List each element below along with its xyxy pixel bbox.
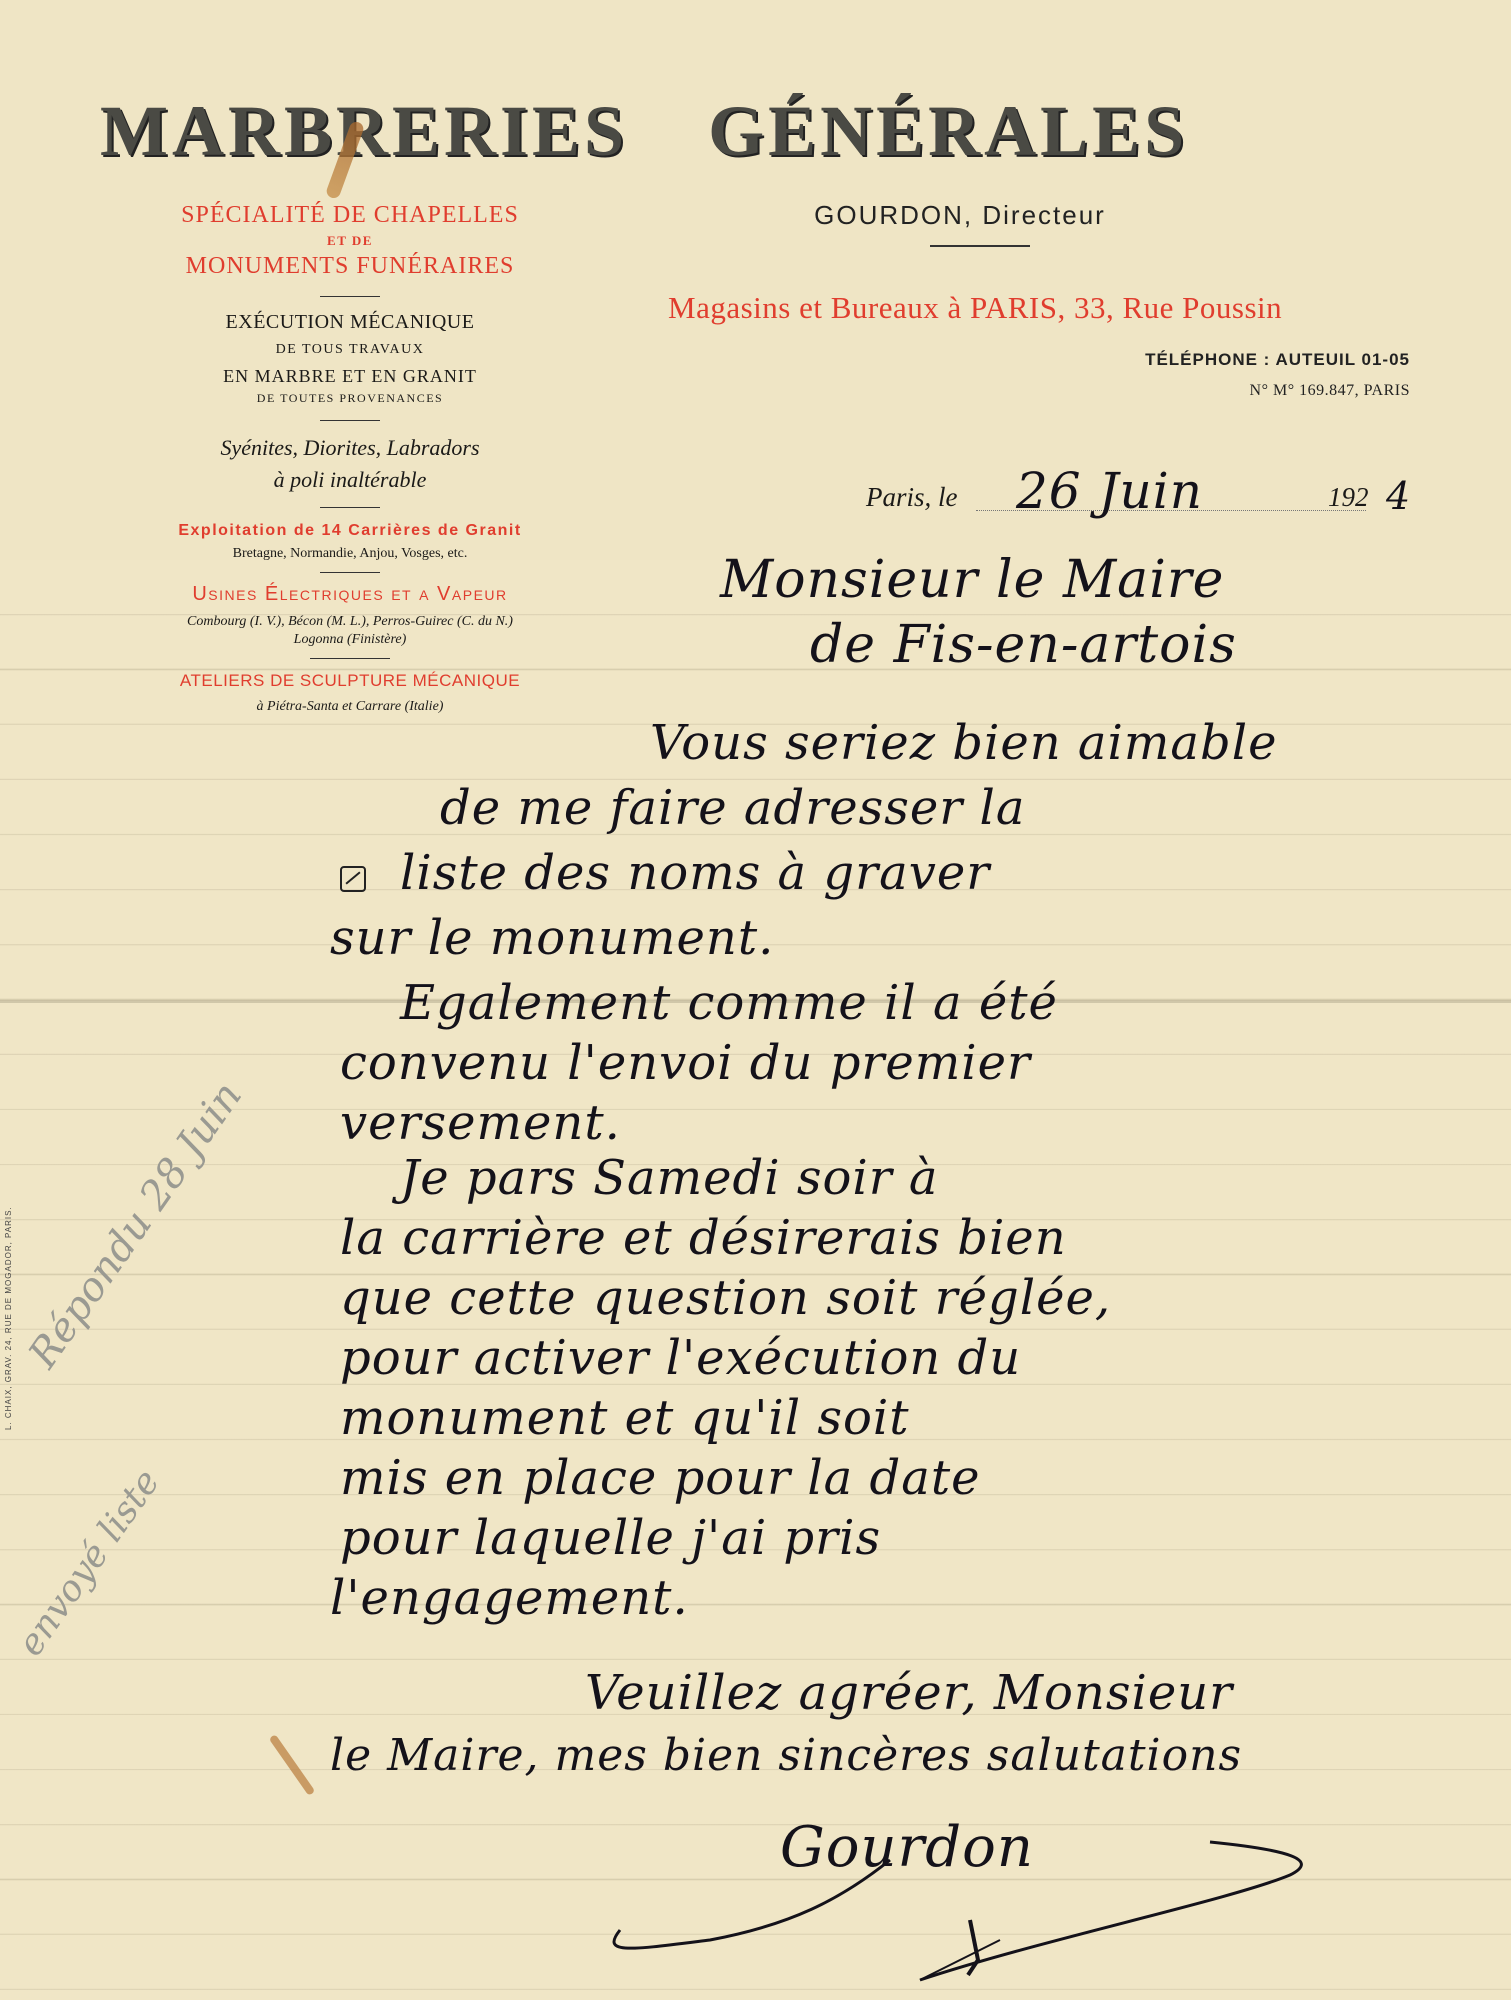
specialty-line-1: SPÉCIALITÉ DE CHAPELLES [100,202,600,229]
factories-locations-2: Logonna (Finistère) [100,632,600,648]
handwritten-year-digit: 4 [1386,474,1411,518]
company-masthead: MARBRERIES GÉNÉRALES [100,90,1420,173]
company-name-part-1: MARBRERIES [100,90,628,173]
quarries-heading: Exploitation de 14 Carrières de Granit [100,522,600,540]
ornament-divider [930,245,1030,247]
salutation-line-2: de Fis-en-artois [810,615,1237,675]
body-line: mis en place pour la date [340,1450,981,1506]
execution-line-2: DE TOUS TRAVAUX [100,342,600,358]
director-line: GOURDON, Directeur [640,200,1280,231]
execution-line-3: EN MARBRE ET EN GRANIT [100,366,600,387]
body-line: Egalement comme il a été [400,975,1058,1031]
handwritten-date: 26 Juin [1016,462,1203,520]
execution-line-1: EXÉCUTION MÉCANIQUE [100,311,600,334]
execution-line-4: DE TOUTES PROVENANCES [100,391,600,406]
stones-line-1: Syénites, Diorites, Labradors [100,435,600,461]
specialty-line-3: MONUMENTS FUNÉRAIRES [100,253,600,280]
body-line: pour laquelle j'ai pris [340,1510,881,1566]
closing-line-1: Veuillez agréer, Monsieur [585,1665,1233,1721]
printer-imprint: L. CHAIX, GRAV. 24, RUE DE MOGADOR, PARI… [4,1206,13,1430]
company-name-part-2: GÉNÉRALES [708,90,1188,173]
body-line: pour activer l'exécution du [340,1330,1021,1386]
body-line: de me faire adresser la [440,780,1025,836]
divider [320,572,380,573]
stones-line-2: à poli inaltérable [100,467,600,493]
pencil-note-list-sent: envoyé liste [10,1462,168,1663]
salutation-line-1: Monsieur le Maire [720,550,1224,610]
workshops-heading: ATELIERS DE SCULPTURE MÉCANIQUE [100,671,600,691]
body-line: liste des noms à graver [400,845,990,901]
closing-line-2: le Maire, mes bien sincères salutations [330,1730,1242,1781]
ornament-divider [310,658,390,659]
body-line: Je pars Samedi soir à [400,1150,939,1206]
quarries-regions: Bretagne, Normandie, Anjou, Vosges, etc. [100,546,600,562]
factories-heading: Usines Électriques et a Vapeur [100,583,600,606]
signature: Gourdon [590,1780,1330,1990]
divider [320,507,380,508]
printed-year: 192 [1328,482,1369,513]
body-line: sur le monument. [330,910,774,966]
ornament-divider [320,296,380,297]
signature-flourish-icon [590,1780,1330,1990]
factories-locations-1: Combourg (I. V.), Bécon (M. L.), Perros-… [100,614,600,630]
telephone-number: TÉLÉPHONE : AUTEUIL 01-05 [1145,350,1410,370]
workshops-location: à Piétra-Santa et Carrare (Italie) [100,699,600,715]
ornament-divider [320,420,380,421]
body-line: la carrière et désirerais bien [340,1210,1067,1266]
letterhead-left-column: SPÉCIALITÉ DE CHAPELLES ET DE MONUMENTS … [100,200,600,715]
letterhead-right-column: GOURDON, Directeur Magasins et Bureaux à… [640,200,1430,247]
specialty-line-2: ET DE [100,233,600,249]
registration-number: N° M° 169.847, PARIS [1250,382,1410,400]
body-line: l'engagement. [330,1570,689,1626]
date-place-prefix: Paris, le [866,482,958,513]
body-line: versement. [340,1095,621,1151]
body-line: monument et qu'il soit [340,1390,910,1446]
body-line: convenu l'envoi du premier [340,1035,1031,1091]
signature-name: Gourdon [780,1815,1034,1880]
date-line: Paris, le 26 Juin 192 4 [866,470,1446,520]
body-line: que cette question soit réglée, [340,1270,1111,1326]
union-label-icon [340,866,366,892]
rust-stain [269,1734,316,1796]
business-address: Magasins et Bureaux à PARIS, 33, Rue Pou… [668,290,1438,326]
body-line: Vous seriez bien aimable [650,715,1278,771]
pencil-note-reply: Répondu 28 Juin [20,1074,251,1377]
